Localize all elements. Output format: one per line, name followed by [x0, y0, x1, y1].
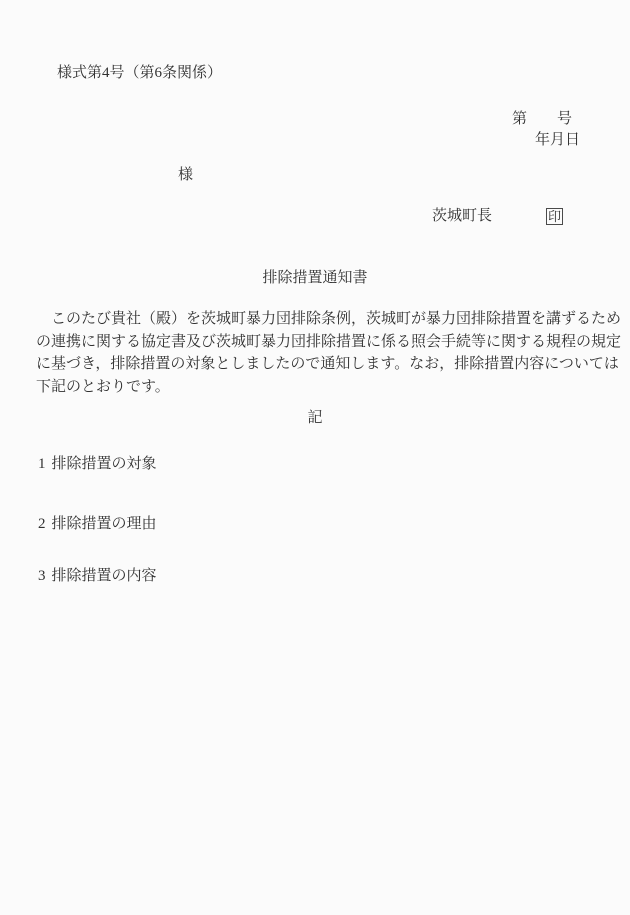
body-line: このたび貴社（殿）を茨城町暴力団排除条例，茨城町が暴力団排除措置を講ずるため	[36, 308, 630, 331]
list-item-content: 3排除措置の内容	[38, 566, 630, 587]
sender-name: 茨城町長	[432, 206, 492, 227]
seal-label: 印	[548, 210, 561, 223]
item-number: 2	[38, 516, 46, 532]
date-line: 年月日	[0, 130, 630, 151]
item-label: 排除措置の対象	[52, 456, 157, 472]
body-paragraph: このたび貴社（殿）を茨城町暴力団排除条例，茨城町が暴力団排除措置を講ずるため の…	[36, 308, 630, 398]
list-item-reason: 2排除措置の理由	[38, 514, 630, 535]
sender-line: 茨城町長 印	[0, 206, 630, 227]
document-page: 様式第4号（第6条関係） 第 号 年月日 様 茨城町長 印 排除措置通知書 この…	[0, 0, 630, 915]
item-label: 排除措置の理由	[52, 516, 157, 532]
document-title: 排除措置通知書	[0, 268, 630, 289]
addressee-honorific: 様	[178, 167, 193, 183]
list-item-target: 1排除措置の対象	[38, 454, 630, 475]
item-number: 1	[38, 456, 46, 472]
body-line: の連携に関する協定書及び茨城町暴力団排除措置に係る照会手続等に関する規程の規定	[36, 331, 630, 354]
item-number: 3	[38, 568, 46, 584]
notice-heading: 記	[0, 408, 630, 429]
body-line: に基づき，排除措置の対象としましたので通知します。なお，排除措置内容については	[36, 353, 630, 376]
form-number-label: 様式第4号（第6条関係）	[57, 64, 630, 82]
body-line: 下記のとおりです。	[36, 376, 630, 399]
addressee-line: 様	[178, 165, 630, 186]
document-number-line: 第 号	[0, 109, 630, 130]
seal-placeholder-icon: 印	[546, 208, 563, 225]
item-label: 排除措置の内容	[52, 568, 157, 584]
